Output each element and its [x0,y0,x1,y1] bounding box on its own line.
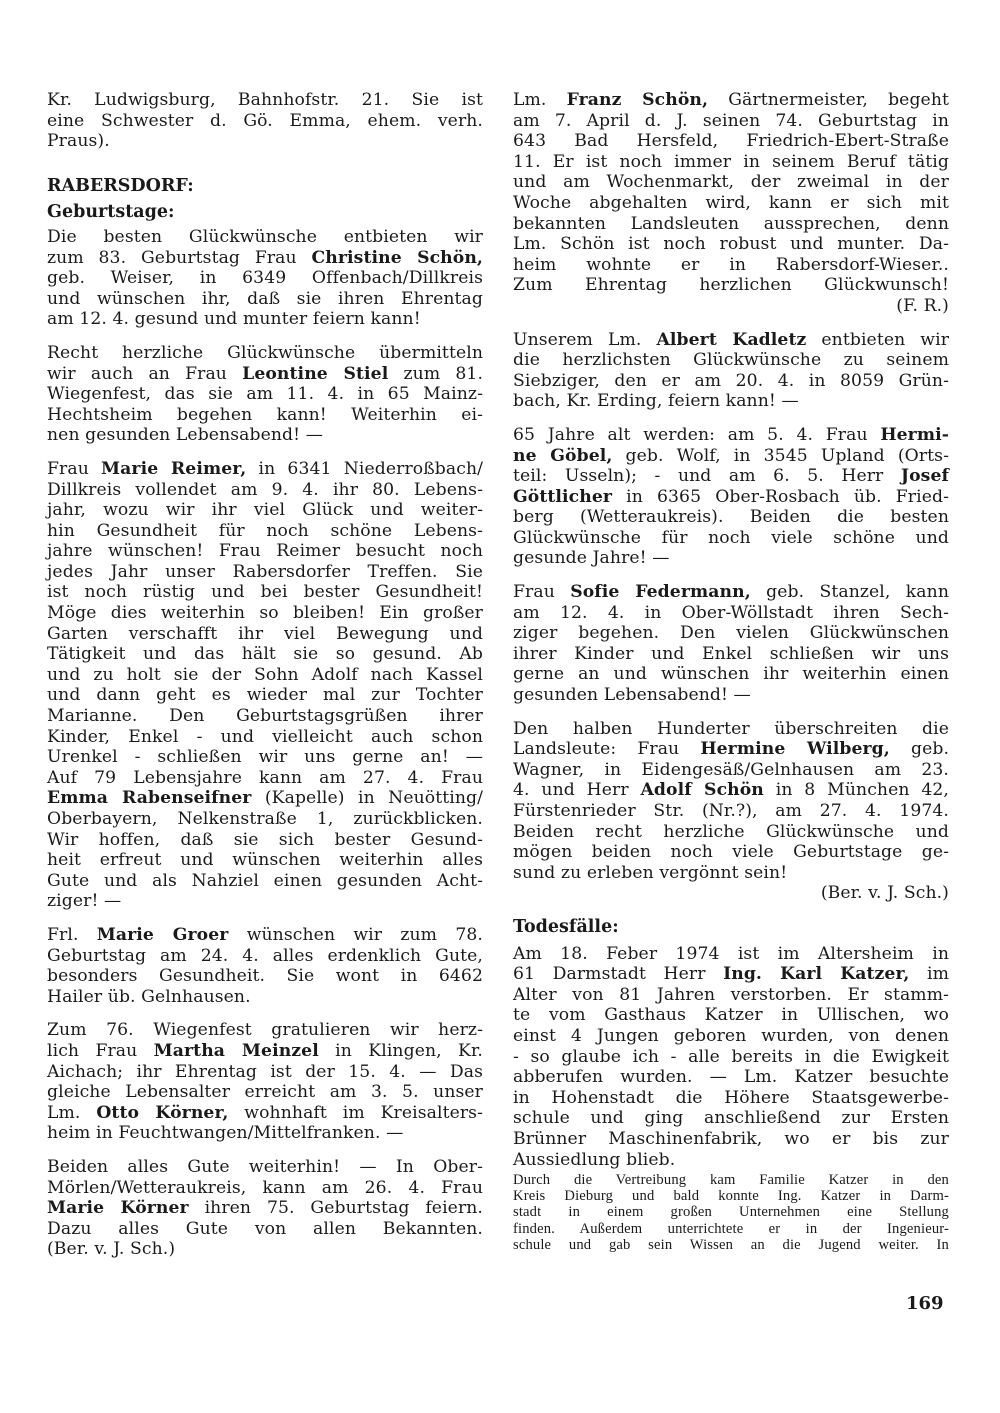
text-line: Zum 76. Wiegenfest gratulieren wir herz- [47,1020,483,1041]
text-line: jahre wünschen! Frau Reimer besucht noch [47,541,483,562]
text-line: Möge dies weiterhin so bleiben! Ein groß… [47,603,483,624]
text-line: zum 83. Geburtstag Frau Christine Schön, [47,248,483,269]
text-line: Lm. Otto Körner, wohnhaft im Kreisalters… [47,1103,483,1124]
text-line: finden. Außerdem unterrichtete er in der… [513,1221,949,1237]
text-line: Tätigkeit und das hält sie so gesund. Ab [47,644,483,665]
text-line: Beiden alles Gute weiterhin! — In Ober- [47,1157,483,1178]
text-line: Auf 79 Lebensjahre kann am 27. 4. Frau [47,768,483,789]
paragraph-christine-schoen: Die besten Glückwünsche entbieten wirzum… [47,227,483,330]
text-line: am 7. April d. J. seinen 74. Geburtstag … [513,111,949,132]
text-line: gesunden Lebensabend! — [513,685,949,706]
text-line: wir auch an Frau Leontine Stiel zum 81. [47,364,483,385]
text-line: Hechtsheim begehen kann! Weiterhin ei- [47,405,483,426]
text-line: Brünner Maschinenfabrik, wo er bis zur [513,1129,949,1150]
text-line: Kinder, Enkel - und vielleicht auch scho… [47,727,483,748]
bold-name: Hermi- [880,425,949,445]
text-line: bach, Kr. Erding, feiern kann! — [513,391,949,412]
subsection-title-geburtstage: Geburtstage: [47,202,483,223]
text-line: und am Wochenmarkt, der zweimal in der [513,172,949,193]
bold-name: Göttlicher [513,487,612,507]
text-line: stadt in einem großen Unternehmen eine S… [513,1204,949,1220]
text-line: schule und gab sein Wissen an die Jugend… [513,1237,949,1253]
bold-name: Leontine Stiel [242,364,388,384]
text-line: einst 4 Jungen geboren wurden, von denen [513,1026,949,1047]
paragraph-karl-katzer: Am 18. Feber 1974 ist im Altersheim in61… [513,944,949,1171]
section-title-rabersdorf: RABERSDORF: [47,176,483,197]
text-line: teil: Usseln); - und am 6. 5. Herr Josef [513,466,949,487]
text-line: geb. Weiser, in 6349 Offenbach/Dillkreis [47,268,483,289]
text-line: Aichach; ihr Ehrentag ist der 15. 4. — D… [47,1062,483,1083]
text-line: 643 Bad Hersfeld, Friedrich-Ebert-Straße [513,131,949,152]
paragraph-marie-reimer: Frau Marie Reimer, in 6341 Niederroßbach… [47,459,483,912]
bold-name: Ing. Karl Katzer, [723,964,909,984]
left-column: Kr. Ludwigsburg, Bahnhofstr. 21. Sie ist… [47,90,483,1273]
text-line: Lm. Schön ist noch robust und munter. Da… [513,234,949,255]
text-line: Dillkreis vollendet am 9. 4. ihr 80. Leb… [47,480,483,501]
text-line: am 12. 4. in Ober-Wöllstadt ihren Sech- [513,603,949,624]
text-line: Siebziger, den er am 20. 4. in 8059 Grün… [513,371,949,392]
paragraph-hermine-wilberg: Den halben Hunderter überschreiten dieLa… [513,719,949,904]
bold-name: Josef [901,466,949,486]
text-line: ziger! — [47,891,483,912]
text-line: Frau Sofie Federmann, geb. Stanzel, kann [513,582,949,603]
intro-paragraph: Kr. Ludwigsburg, Bahnhofstr. 21. Sie ist… [47,90,483,152]
paragraph-sofie-federmann: Frau Sofie Federmann, geb. Stanzel, kann… [513,582,949,706]
bold-name: Marie Körner [47,1198,189,1218]
text-line: gerne an und wünschen ihr weiterhin eine… [513,664,949,685]
text-line: 65 Jahre alt werden: am 5. 4. Frau Hermi… [513,425,949,446]
text-line: Wir hoffen, daß sie sich bester Gesund- [47,830,483,851]
text-line: Frl. Marie Groer wünschen wir zum 78. [47,925,483,946]
text-line: (Ber. v. J. Sch.) [47,1239,483,1260]
text-line: gleiche Lebensalter erreicht am 3. 5. un… [47,1082,483,1103]
text-line: Praus). [47,131,483,152]
text-line: hin Gesundheit für noch schöne Lebens- [47,521,483,542]
text-line: Kr. Ludwigsburg, Bahnhofstr. 21. Sie ist [47,90,483,111]
text-line: besonders Gesundheit. Sie wont in 6462 [47,966,483,987]
text-line: heit erfreut und wünschen weiterhin alle… [47,850,483,871]
text-line: Göttlicher in 6365 Ober-Rosbach üb. Frie… [513,487,949,508]
text-line: am 12. 4. gesund und munter feiern kann! [47,309,483,330]
text-line: Marianne. Den Geburtstagsgrüßen ihrer [47,706,483,727]
text-line: berg (Wetteraukreis). Beiden die besten [513,507,949,528]
signature: (F. R.) [513,296,949,317]
text-line: Oberbayern, Nelkenstraße 1, zurückblicke… [47,809,483,830]
paragraph-leontine-stiel: Recht herzliche Glückwünsche übermitteln… [47,343,483,446]
text-line: 11. Er ist noch immer in seinem Beruf tä… [513,152,949,173]
text-line: nen gesunden Lebensabend! — [47,425,483,446]
text-line: sund zu erleben vergönnt sein! [513,863,949,884]
text-line: die herzlichsten Glückwünsche zu seinem [513,350,949,371]
text-line: Hailer üb. Gelnhausen. [47,987,483,1008]
text-line: abberufen wurden. — Lm. Katzer besuchte [513,1067,949,1088]
paragraph-franz-schoen: Lm. Franz Schön, Gärtnermeister, begehta… [513,90,949,317]
text-line: Beiden recht herzliche Glückwünsche und [513,822,949,843]
bold-name: ne Göbel, [513,446,612,466]
text-line: gesunde Jahre! — [513,548,949,569]
text-line: ziger begehen. Den vielen Glückwünschen [513,623,949,644]
text-line: und dann geht es wieder mal zur Tochter [47,685,483,706]
bold-name: Christine Schön, [312,248,483,268]
text-line: ist noch rüstig und bei bester Gesundhei… [47,582,483,603]
text-line: Dazu alles Gute von allen Bekannten. [47,1219,483,1240]
right-column: Lm. Franz Schön, Gärtnermeister, begehta… [513,90,949,1266]
text-line: Am 18. Feber 1974 ist im Altersheim in [513,944,949,965]
bold-name: Emma Rabenseifner [47,788,251,808]
text-line: lich Frau Martha Meinzel in Klingen, Kr. [47,1041,483,1062]
page-number: 169 [906,1293,944,1314]
text-line: 4. und Herr Adolf Schön in 8 München 42, [513,780,949,801]
paragraph-marie-groer: Frl. Marie Groer wünschen wir zum 78.Geb… [47,925,483,1007]
text-line: Glückwünsche für noch viele schöne und [513,528,949,549]
text-line: Zum Ehrentag herzlichen Glückwunsch! [513,275,949,296]
text-line: Den halben Hunderter überschreiten die [513,719,949,740]
text-line: bekannten Landsleuten aussprechen, denn [513,214,949,235]
text-line: und zu holt sie der Sohn Adolf nach Kass… [47,665,483,686]
text-line: Aussiedlung blieb. [513,1150,949,1171]
text-line: Geburtstag am 24. 4. alles erdenklich Gu… [47,946,483,967]
text-line: jahr, wozu wir ihr viel Glück und weiter… [47,500,483,521]
text-line: Landsleute: Frau Hermine Wilberg, geb. [513,739,949,760]
text-line: Gute und als Nahziel einen gesunden Acht… [47,871,483,892]
text-line: Mörlen/Wetteraukreis, kann am 26. 4. Fra… [47,1178,483,1199]
bold-name: Sofie Federmann, [570,582,751,602]
paragraph-martha-meinzel: Zum 76. Wiegenfest gratulieren wir herz-… [47,1020,483,1144]
text-line: Wiegenfest, das sie am 11. 4. in 65 Main… [47,384,483,405]
text-line: und wünschen ihr, daß sie ihren Ehrentag [47,289,483,310]
bold-name: Otto Körner, [96,1103,228,1123]
text-line: Alter von 81 Jahren verstorben. Er stamm… [513,985,949,1006]
text-line: Durch die Vertreibung kam Familie Katzer… [513,1172,949,1188]
text-line: eine Schwester d. Gö. Emma, ehem. verh. [47,111,483,132]
text-line: mögen beiden noch viele Geburtstage ge- [513,842,949,863]
text-line: jedes Jahr unser Rabersdorfer Treffen. S… [47,562,483,583]
text-line: Frau Marie Reimer, in 6341 Niederroßbach… [47,459,483,480]
paragraph-hermine-goebel: 65 Jahre alt werden: am 5. 4. Frau Hermi… [513,425,949,569]
bold-name: Marie Reimer, [101,459,246,479]
paragraph-marie-koerner: Beiden alles Gute weiterhin! — In Ober-M… [47,1157,483,1260]
text-line: heim wohnte er in Rabersdorf-Wieser.. [513,255,949,276]
text-line: Woche abgehalten wird, kann er sich mit [513,193,949,214]
paragraph-albert-kadletz: Unserem Lm. Albert Kadletz entbieten wir… [513,330,949,412]
text-line: Recht herzliche Glückwünsche übermitteln [47,343,483,364]
text-line: Urenkel - schließen wir uns gerne an! — [47,747,483,768]
section-title-todesfaelle: Todesfälle: [513,917,949,938]
text-line: Kreis Dieburg und bald konnte Ing. Katze… [513,1188,949,1204]
text-line: Emma Rabenseifner (Kapelle) in Neuötting… [47,788,483,809]
text-line: Wagner, in Eidengesäß/Gelnhausen am 23. [513,760,949,781]
text-line: schule und ging anschließend zur Ersten [513,1108,949,1129]
text-line: in Hohenstadt die Höhere Staatsgewerbe- [513,1088,949,1109]
text-line: te vom Gasthaus Katzer in Ullischen, wo [513,1005,949,1026]
text-line: heim in Feuchtwangen/Mittelfranken. — [47,1123,483,1144]
text-line: Unserem Lm. Albert Kadletz entbieten wir [513,330,949,351]
bold-name: Adolf Schön [640,780,763,800]
bold-name: Albert Kadletz [656,330,806,350]
bold-name: Franz Schön, [567,90,708,110]
bold-name: Hermine Wilberg, [700,739,890,759]
text-line: ihrer Kinder und Enkel schließen wir uns [513,644,949,665]
text-line: Fürstenrieder Str. (Nr.?), am 27. 4. 197… [513,801,949,822]
text-line: ne Göbel, geb. Wolf, in 3545 Upland (Ort… [513,446,949,467]
text-line: Marie Körner ihren 75. Geburtstag feiern… [47,1198,483,1219]
bold-name: Marie Groer [97,925,229,945]
text-line: Garten verschafft ihr viel Bewegung und [47,624,483,645]
text-line: - so glaube ich - alle bereits in die Ew… [513,1047,949,1068]
paragraph-katzer-continued: Durch die Vertreibung kam Familie Katzer… [513,1172,949,1253]
signature: (Ber. v. J. Sch.) [513,883,949,904]
text-line: Lm. Franz Schön, Gärtnermeister, begeht [513,90,949,111]
text-line: 61 Darmstadt Herr Ing. Karl Katzer, im [513,964,949,985]
text-line: Die besten Glückwünsche entbieten wir [47,227,483,248]
bold-name: Martha Meinzel [154,1041,319,1061]
